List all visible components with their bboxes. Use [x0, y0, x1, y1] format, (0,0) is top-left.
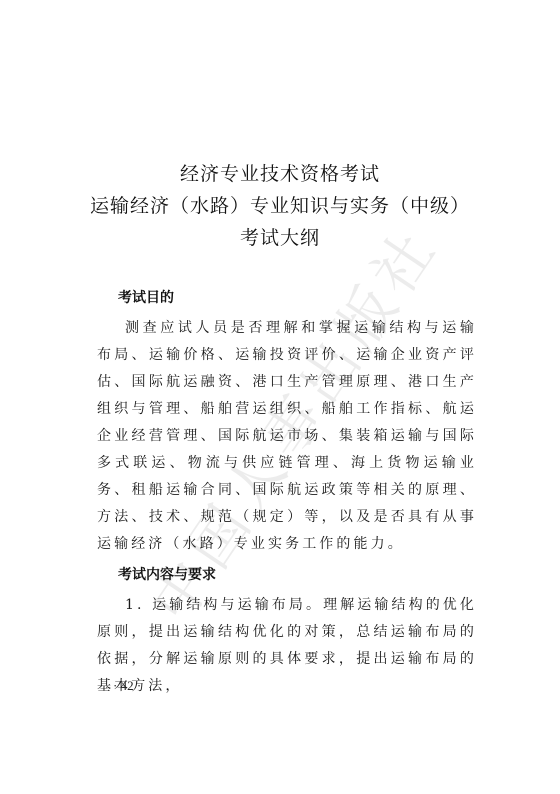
section-paragraph-exam-content: 1. 运输结构与运输布局。理解运输结构的优化原则，提出运输结构优化的对策，总结运… [97, 592, 477, 700]
section-heading-exam-content: 考试内容与要求 [97, 564, 477, 586]
section-paragraph-exam-purpose: 测查应试人员是否理解和掌握运输结构与运输布局、运输价格、运输投资评价、运输企业资… [97, 315, 477, 558]
title-line-1: 经济专业技术资格考试 [0, 158, 560, 190]
title-line-3: 考试大纲 [0, 222, 560, 254]
page-number: · 42 · [113, 678, 141, 694]
section-heading-exam-purpose: 考试目的 [97, 287, 477, 309]
title-block: 经济专业技术资格考试 运输经济（水路）专业知识与实务（中级） 考试大纲 [0, 158, 560, 254]
title-line-2: 运输经济（水路）专业知识与实务（中级） [0, 190, 560, 222]
document-page: 中国人事出版社 经济专业技术资格考试 运输经济（水路）专业知识与实务（中级） 考… [0, 0, 560, 794]
body-content: 考试目的 测查应试人员是否理解和掌握运输结构与运输布局、运输价格、运输投资评价、… [97, 287, 477, 700]
